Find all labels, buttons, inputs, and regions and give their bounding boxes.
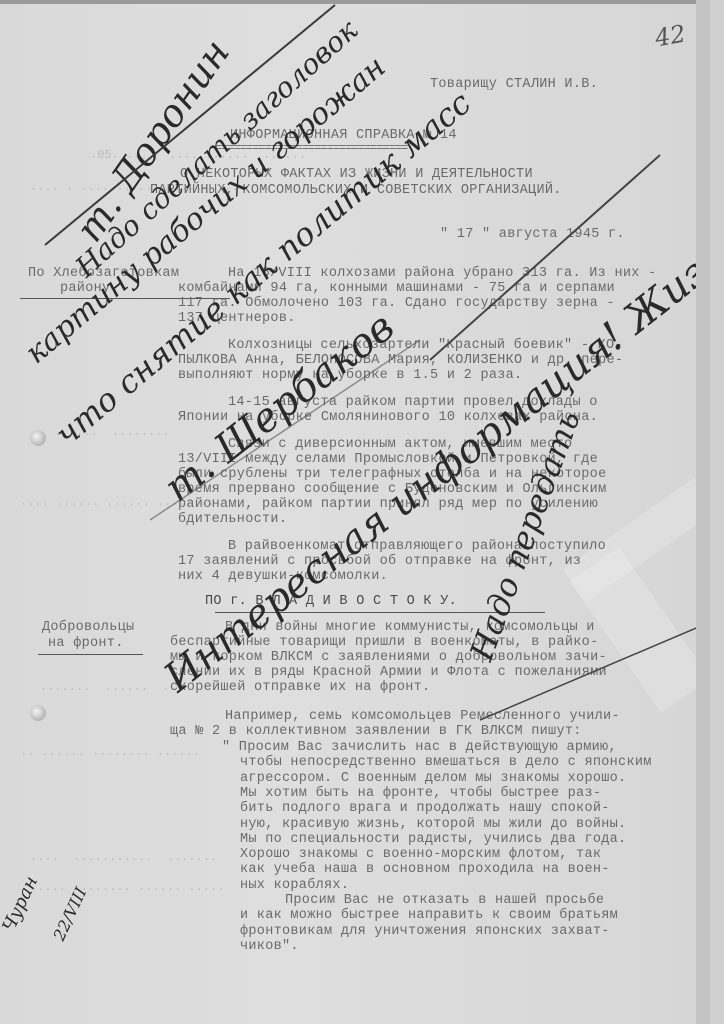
document-page: .05. .... ........... ...... .... . ....… xyxy=(0,0,710,1024)
pencil-strokes xyxy=(0,0,710,1024)
page-right-edge xyxy=(696,0,710,1024)
